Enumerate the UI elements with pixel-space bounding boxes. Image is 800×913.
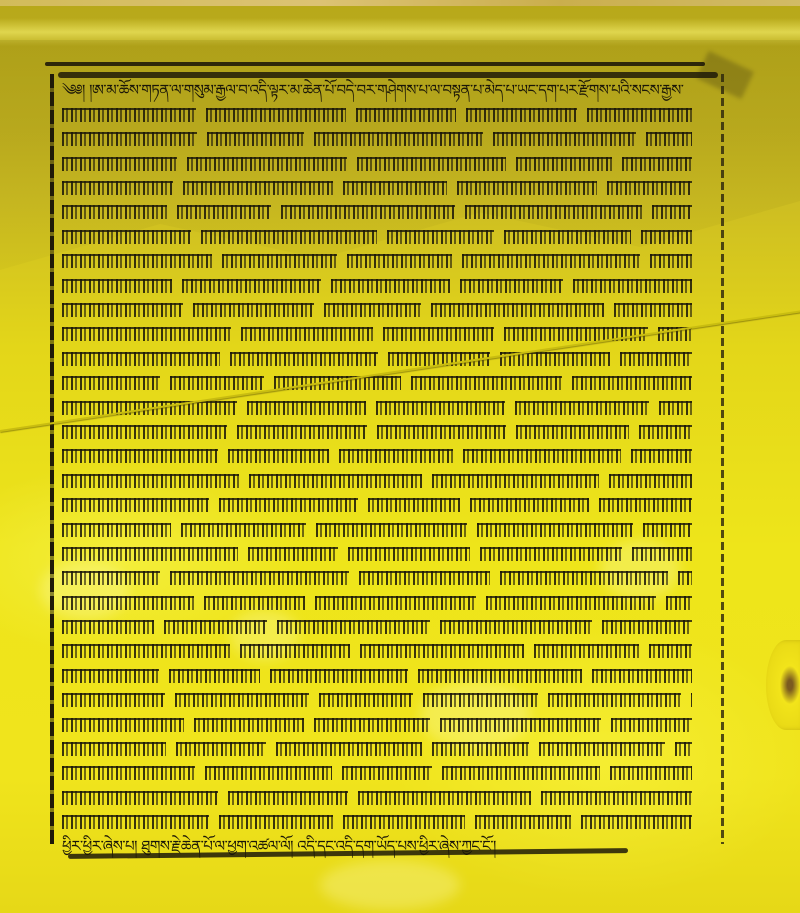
text-phrase xyxy=(228,791,348,805)
text-phrase xyxy=(219,498,358,512)
text-phrase xyxy=(194,718,304,732)
text-phrase xyxy=(62,766,195,780)
text-phrase xyxy=(62,132,197,146)
block-border-right xyxy=(721,74,724,844)
text-phrase xyxy=(62,449,218,463)
text-line xyxy=(62,566,712,590)
text-phrase xyxy=(62,693,165,707)
text-phrase xyxy=(659,401,692,415)
text-phrase xyxy=(228,449,329,463)
text-phrase xyxy=(650,254,692,268)
text-phrase xyxy=(348,547,470,561)
text-line xyxy=(62,151,712,175)
text-phrase xyxy=(573,279,692,293)
text-phrase xyxy=(539,742,665,756)
text-phrase xyxy=(316,523,467,537)
text-phrase xyxy=(324,303,421,317)
text-phrase xyxy=(534,644,639,658)
text-phrase xyxy=(440,718,601,732)
text-phrase xyxy=(359,571,490,585)
flag-top-edge xyxy=(0,0,800,6)
text-phrase xyxy=(432,474,599,488)
text-phrase xyxy=(248,547,338,561)
text-phrase xyxy=(62,669,159,683)
text-phrase xyxy=(277,620,430,634)
text-phrase xyxy=(62,205,167,219)
text-phrase xyxy=(611,718,692,732)
text-line xyxy=(62,493,712,517)
text-phrase xyxy=(206,108,346,122)
text-phrase xyxy=(609,474,692,488)
text-phrase xyxy=(62,474,239,488)
text-phrase xyxy=(62,791,218,805)
text-phrase xyxy=(646,132,692,146)
text-phrase xyxy=(169,669,260,683)
text-phrase xyxy=(678,571,692,585)
text-phrase xyxy=(442,766,600,780)
text-line-last: ཕྱིར་ཕྱིར་ཞེས་པ། ཐུགས་རྗེ་ཆེན་པོ་ལ་ཕྱག་འ… xyxy=(62,834,712,858)
text-phrase xyxy=(504,327,648,341)
text-phrase xyxy=(675,742,692,756)
text-phrase xyxy=(62,547,238,561)
text-phrase xyxy=(176,742,266,756)
text-phrase xyxy=(62,376,160,390)
text-phrase xyxy=(247,401,366,415)
text-phrase xyxy=(62,815,209,829)
text-phrase xyxy=(470,498,589,512)
text-phrase xyxy=(440,620,592,634)
text-phrase xyxy=(411,376,562,390)
text-phrase xyxy=(193,303,314,317)
text-line-first: ༄༅། །ཨ་མ་ཆོས་གཏན་ལ་གསུམ་རྒྱལ་བ་འདི་ལྟར་མ… xyxy=(62,78,712,102)
text-line xyxy=(62,444,712,468)
text-phrase xyxy=(62,596,194,610)
text-phrase xyxy=(383,327,494,341)
text-phrase xyxy=(281,205,455,219)
text-phrase xyxy=(376,401,505,415)
text-phrase xyxy=(187,157,347,171)
text-phrase xyxy=(170,376,264,390)
block-border-left xyxy=(50,74,54,844)
text-phrase xyxy=(62,620,154,634)
text-phrase xyxy=(610,766,692,780)
text-phrase xyxy=(314,718,430,732)
text-phrase xyxy=(358,791,531,805)
text-phrase xyxy=(643,523,692,537)
text-phrase xyxy=(62,254,212,268)
text-phrase xyxy=(357,157,506,171)
text-phrase xyxy=(343,181,447,195)
text-phrase xyxy=(62,157,177,171)
text-phrase xyxy=(347,254,452,268)
text-line xyxy=(62,419,712,443)
text-phrase xyxy=(418,669,582,683)
text-phrase xyxy=(457,181,597,195)
text-phrase xyxy=(632,547,692,561)
text-phrase xyxy=(493,132,636,146)
text-phrase xyxy=(175,693,309,707)
text-phrase xyxy=(181,523,306,537)
text-line xyxy=(62,224,712,248)
text-line xyxy=(62,737,712,761)
text-phrase xyxy=(516,425,629,439)
text-phrase xyxy=(183,181,333,195)
text-phrase xyxy=(62,571,160,585)
text-phrase xyxy=(666,596,692,610)
text-phrase xyxy=(649,644,692,658)
text-line xyxy=(62,200,712,224)
text-line xyxy=(62,615,712,639)
text-line xyxy=(62,249,712,273)
text-phrase xyxy=(360,644,524,658)
text-phrase xyxy=(587,108,692,122)
text-phrase xyxy=(62,718,184,732)
text-phrase xyxy=(431,303,604,317)
text-phrase xyxy=(516,157,612,171)
text-line xyxy=(62,712,712,736)
text-phrase xyxy=(62,425,227,439)
text-phrase xyxy=(602,620,692,634)
text-line xyxy=(62,761,712,785)
printed-text-block: ༄༅། །ཨ་མ་ཆོས་གཏན་ལ་གསུམ་རྒྱལ་བ་འདི་ལྟར་མ… xyxy=(50,64,722,854)
text-phrase xyxy=(62,742,166,756)
text-phrase xyxy=(314,132,483,146)
text-phrase xyxy=(331,279,450,293)
text-phrase xyxy=(62,108,196,122)
light-dapple xyxy=(320,860,460,910)
text-phrase xyxy=(62,279,172,293)
text-phrase xyxy=(377,425,506,439)
text-phrase xyxy=(581,815,692,829)
text-phrase xyxy=(205,766,332,780)
text-phrase xyxy=(607,181,692,195)
text-phrase xyxy=(463,449,621,463)
text-phrase xyxy=(622,157,692,171)
text-phrase xyxy=(477,523,633,537)
text-phrase xyxy=(465,205,642,219)
text-phrase xyxy=(62,352,220,366)
text-phrase xyxy=(460,279,563,293)
text-phrase xyxy=(691,693,692,707)
text-phrase xyxy=(177,205,271,219)
text-phrase xyxy=(204,596,305,610)
tibetan-text-lines: ༄༅། །ཨ་མ་ཆོས་གཏན་ལ་གསུམ་རྒྱལ་བ་འདི་ལྟར་མ… xyxy=(62,78,712,859)
text-phrase xyxy=(343,815,465,829)
text-phrase xyxy=(462,254,640,268)
text-phrase xyxy=(500,571,668,585)
text-phrase xyxy=(432,742,529,756)
text-phrase xyxy=(319,693,413,707)
text-phrase xyxy=(164,620,267,634)
text-line xyxy=(62,346,712,370)
text-phrase xyxy=(599,498,692,512)
text-line xyxy=(62,517,712,541)
text-phrase xyxy=(342,766,432,780)
text-phrase xyxy=(62,498,209,512)
text-line xyxy=(62,541,712,565)
text-phrase xyxy=(515,401,649,415)
text-line xyxy=(62,785,712,809)
text-line xyxy=(62,102,712,126)
text-phrase xyxy=(480,547,622,561)
text-phrase xyxy=(182,279,321,293)
text-phrase xyxy=(592,669,692,683)
text-phrase xyxy=(237,425,367,439)
text-phrase xyxy=(170,571,349,585)
text-phrase xyxy=(249,474,422,488)
text-phrase xyxy=(62,181,173,195)
text-line xyxy=(62,810,712,834)
text-phrase xyxy=(62,303,183,317)
text-phrase xyxy=(315,596,476,610)
text-phrase xyxy=(62,230,191,244)
text-phrase xyxy=(423,693,538,707)
text-line xyxy=(62,127,712,151)
text-phrase xyxy=(466,108,577,122)
text-phrase xyxy=(486,596,656,610)
text-phrase xyxy=(270,669,408,683)
text-line xyxy=(62,176,712,200)
text-line xyxy=(62,639,712,663)
text-phrase xyxy=(240,644,350,658)
text-phrase xyxy=(475,815,571,829)
text-phrase xyxy=(219,815,333,829)
text-line xyxy=(62,298,712,322)
text-phrase xyxy=(356,108,456,122)
text-phrase xyxy=(276,742,422,756)
text-line xyxy=(62,688,712,712)
text-phrase xyxy=(541,791,692,805)
text-phrase xyxy=(201,230,377,244)
text-phrase xyxy=(387,230,494,244)
text-phrase xyxy=(652,205,692,219)
text-phrase xyxy=(241,327,373,341)
text-phrase xyxy=(222,254,337,268)
text-phrase xyxy=(62,523,171,537)
text-line xyxy=(62,663,712,687)
text-line xyxy=(62,273,712,297)
text-phrase xyxy=(230,352,378,366)
text-phrase xyxy=(631,449,692,463)
text-phrase xyxy=(62,644,230,658)
text-phrase xyxy=(339,449,453,463)
block-border-top-outer xyxy=(45,62,705,66)
text-phrase xyxy=(614,303,692,317)
text-line xyxy=(62,590,712,614)
text-line xyxy=(62,468,712,492)
text-phrase xyxy=(620,352,692,366)
text-phrase xyxy=(639,425,692,439)
text-phrase xyxy=(368,498,460,512)
text-phrase xyxy=(207,132,304,146)
text-phrase xyxy=(572,376,692,390)
text-phrase xyxy=(548,693,681,707)
text-line xyxy=(62,371,712,395)
text-line xyxy=(62,322,712,346)
prayer-flag-photo: ༄༅། །ཨ་མ་ཆོས་གཏན་ལ་གསུམ་རྒྱལ་བ་འདི་ལྟར་མ… xyxy=(0,0,800,913)
text-phrase xyxy=(504,230,631,244)
text-phrase xyxy=(62,327,231,341)
text-phrase xyxy=(641,230,692,244)
fabric-fold xyxy=(766,640,800,730)
